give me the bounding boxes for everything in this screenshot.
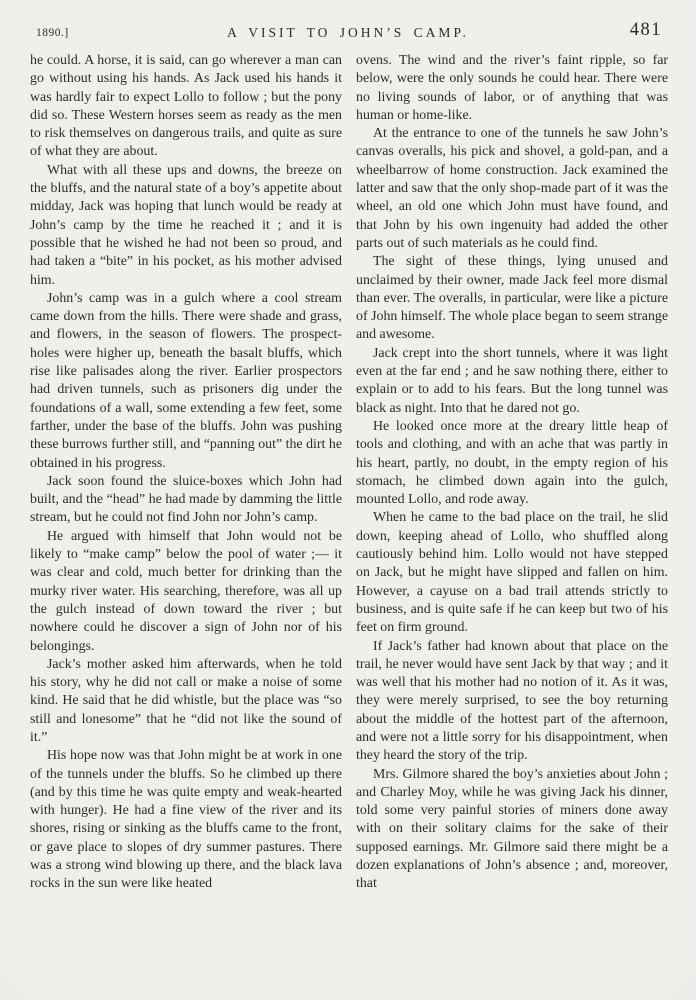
paragraph: When he came to the bad place on the tra… — [356, 509, 668, 637]
paragraph: Mrs. Gilmore shared the boy’s anxieties … — [356, 766, 668, 894]
paragraph: he could. A horse, it is said, can go wh… — [30, 52, 342, 162]
paragraph: His hope now was that John might be at w… — [30, 747, 342, 893]
paragraph: He looked once more at the dreary little… — [356, 418, 668, 509]
paragraph: At the entrance to one of the tunnels he… — [356, 125, 668, 253]
paragraph: John’s camp was in a gulch where a cool … — [30, 290, 342, 473]
paragraph: He argued with himself that John would n… — [30, 528, 342, 656]
page: 1890.] A VISIT TO JOHN’S CAMP. 481 he co… — [0, 0, 696, 1000]
paragraph: The sight of these things, lying unused … — [356, 253, 668, 344]
paragraph: If Jack’s father had known about that pl… — [356, 638, 668, 766]
right-column: ovens. The wind and the river’s faint ri… — [356, 52, 668, 894]
paragraph: Jack’s mother asked him afterwards, when… — [30, 656, 342, 747]
running-head: 1890.] A VISIT TO JOHN’S CAMP. 481 — [30, 20, 666, 46]
paragraph: Jack crept into the short tunnels, where… — [356, 345, 668, 418]
scanned-book-page: { "header": { "year_label": "1890.]", "t… — [0, 0, 696, 1000]
paragraph: ovens. The wind and the river’s faint ri… — [356, 52, 668, 125]
paragraph: Jack soon found the sluice-boxes which J… — [30, 473, 342, 528]
left-column: he could. A horse, it is said, can go wh… — [30, 52, 342, 894]
paragraph: What with all these ups and downs, the b… — [30, 162, 342, 290]
page-title: A VISIT TO JOHN’S CAMP. — [30, 25, 666, 41]
text-body: he could. A horse, it is said, can go wh… — [30, 52, 668, 894]
page-number: 481 — [630, 20, 662, 41]
